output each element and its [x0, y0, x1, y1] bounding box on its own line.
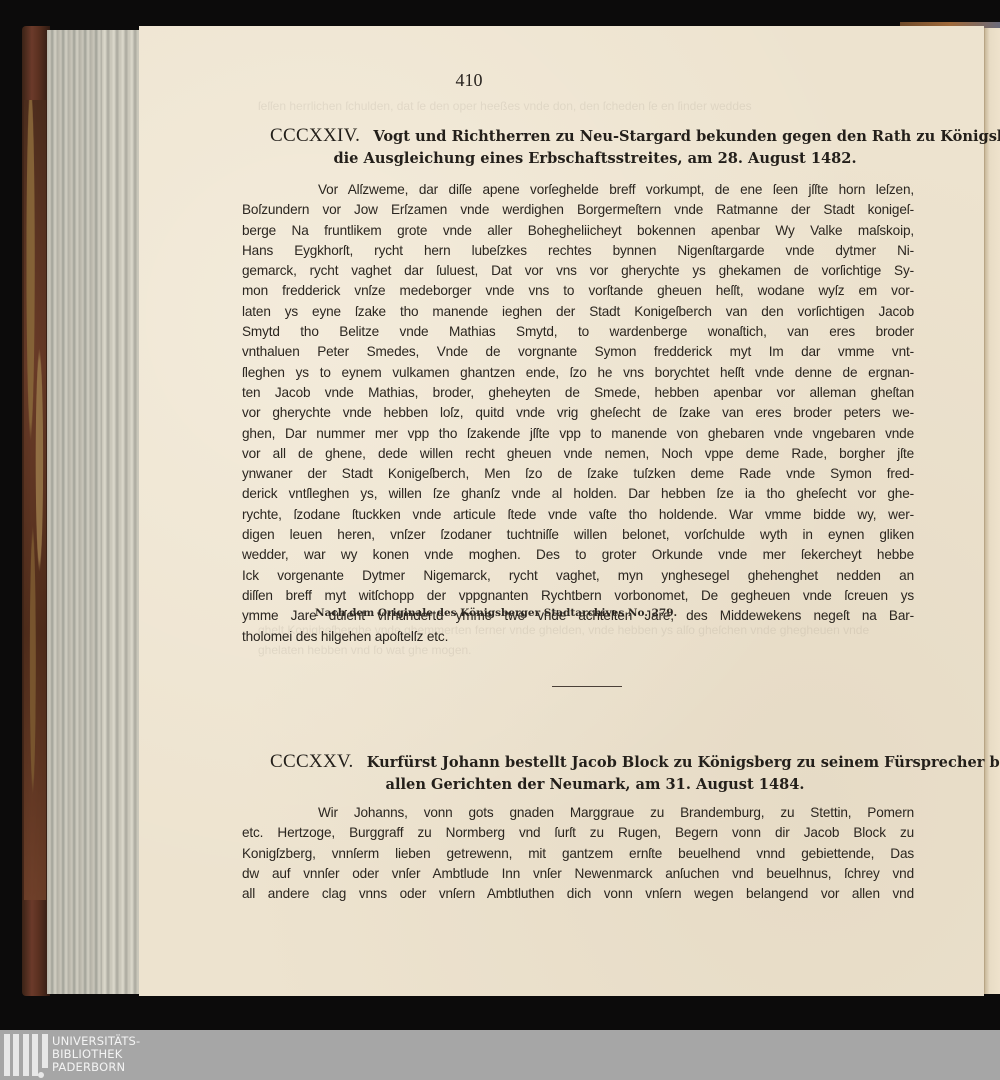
text-line: Wir Johanns, vonn gots gnaden Marggraue …: [242, 803, 914, 823]
marbled-cover: [24, 100, 46, 900]
document-body: Wir Johanns, vonn gots gnaden Marggraue …: [242, 803, 914, 904]
text-line: vor gherychte vnde hebben loſz, quitd vn…: [242, 403, 914, 423]
logo-line: PADERBORN: [52, 1061, 140, 1074]
text-line: all andere clag vnns oder vnſern Ambtlut…: [242, 884, 914, 904]
document-title: Kurfürst Johann bestellt Jacob Block zu …: [367, 754, 1000, 771]
library-logo-text: UNIVERSITÄTS- BIBLIOTHEK PADERBORN: [52, 1035, 140, 1074]
text-line: Ick vorgenante Dytmer Nigemarck, rycht v…: [242, 566, 914, 586]
text-line: berge Na fruntlikem grote vnde aller Boh…: [242, 221, 914, 241]
text-line: Hans Eygkhorſt, rycht hern lubeſzkes rec…: [242, 241, 914, 261]
text-line: Boſzundern vor Jow Erſzamen vnde werdigh…: [242, 200, 914, 220]
text-line: Vor Alſzweme, dar diſſe apene vorſegheld…: [242, 180, 914, 200]
text-line: vor all de ghene, dede willen recht gheu…: [242, 444, 914, 464]
text-line: ten Jacob vnde Mathias, broder, gheheyte…: [242, 383, 914, 403]
text-line: mon fredderick vnſze medeborger vnde vns…: [242, 281, 914, 301]
source-note: Nach dem Originale des Königsberger Stad…: [315, 607, 677, 619]
text-line: gemarck, rycht vaghet dar ſuluest, Dat v…: [242, 261, 914, 281]
text-line: etc. Hertzoge, Burggraff zu Normberg vnd…: [242, 823, 914, 843]
show-through-text: ſeſſen herrlichen ſchulden, dat ſe den o…: [258, 96, 918, 116]
text-line: rychte, ſzodane ſtuckken vnde articule ſ…: [242, 505, 914, 525]
document-number: CCCXXIV.: [270, 125, 360, 146]
document-title-continued: allen Gerichten der Neumark, am 31. Augu…: [270, 774, 920, 796]
section-divider: [552, 686, 622, 687]
footer-bar: UNIVERSITÄTS- BIBLIOTHEK PADERBORN: [0, 1030, 1000, 1080]
document-number: CCCXXV.: [270, 751, 354, 772]
document-title: Vogt und Richtherren zu Neu-Stargard bek…: [373, 128, 1000, 145]
document-heading: CCCXXIV. Vogt und Richtherren zu Neu-Sta…: [270, 124, 920, 170]
document-title-continued: die Ausgleichung eines Erbschaftsstreite…: [270, 148, 920, 170]
next-page-edge: [984, 28, 1000, 994]
text-line: vnthaluen Peter Smedes, Vnde de vorgnant…: [242, 342, 914, 362]
page-stack-edge: [47, 30, 139, 994]
text-line: digen leuen heren, vnſzer ſzodaner tucht…: [242, 525, 914, 545]
text-line: diſſen breff myt witſchopp der vppgnante…: [242, 586, 914, 606]
text-line: ghen, Dar nummer mer vpp tho ſzakende jſ…: [242, 424, 914, 444]
text-line: Smytd tho Belitze vnde Mathias Smytd, to…: [242, 322, 914, 342]
text-line: dw auf vnnſer oder vnſer Ambtlude Inn vn…: [242, 864, 914, 884]
text-line: derick vntſleghen ys, willen ſze ghanſz …: [242, 484, 914, 504]
page-number: 410: [439, 70, 499, 91]
text-line: Konigſzberg, vnnſerm lieben getrewenn, m…: [242, 844, 914, 864]
text-line: ynwaner der Stadt Konigeſberch, Men ſzo …: [242, 464, 914, 484]
text-line: ſleghen ys to eynem vulkamen ghantzen en…: [242, 363, 914, 383]
logo-dot-icon: [38, 1072, 44, 1078]
document-heading: CCCXXV. Kurfürst Johann bestellt Jacob B…: [270, 750, 920, 796]
text-line: tholomei des hilgehen apoſtelſz etc.: [242, 627, 914, 647]
document-body: Vor Alſzweme, dar diſſe apene vorſegheld…: [242, 180, 914, 647]
library-logo-icon: [4, 1034, 44, 1078]
text-line: wedder, war wy konen vnde moghen. Des to…: [242, 545, 914, 565]
text-line: laten ys eyne ſzake tho manende ieghen d…: [242, 302, 914, 322]
